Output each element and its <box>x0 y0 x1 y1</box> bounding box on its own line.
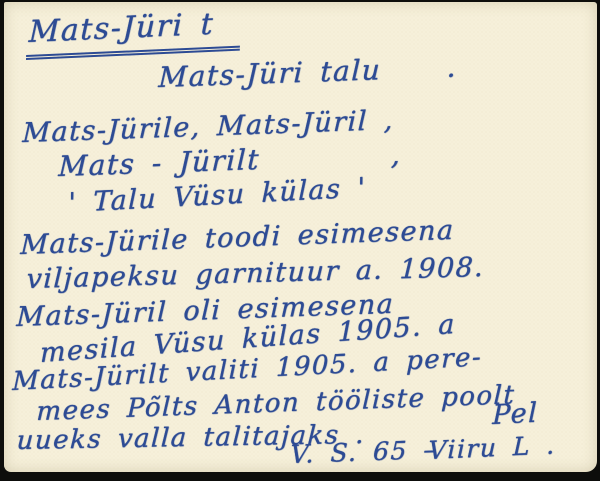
scanned-card: Mats-Jüri t Mats-Jüri talu . Mats-Jürile… <box>0 0 600 481</box>
signature-name: Viiru L . <box>428 432 556 463</box>
annotation-right: Pel <box>492 400 538 429</box>
signature-code: V. S. 65 – <box>290 437 438 467</box>
